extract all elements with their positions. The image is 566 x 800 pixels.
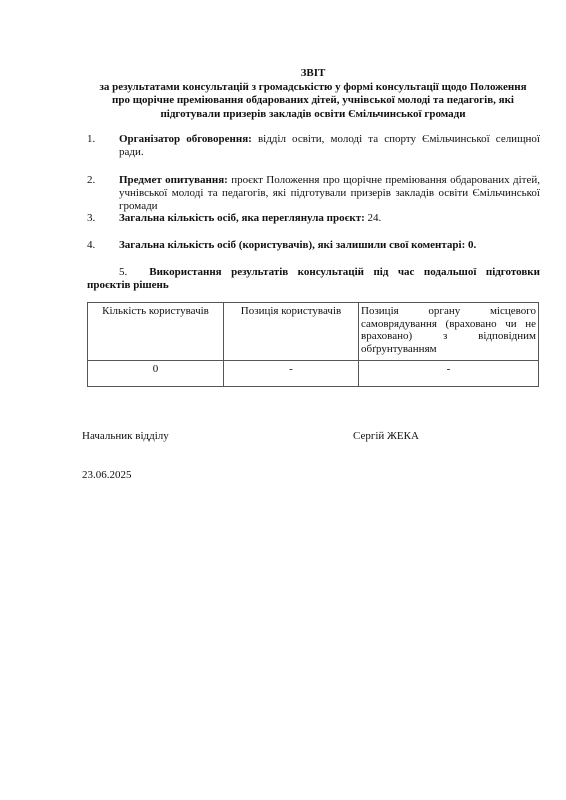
report-subtitle-line-2: про щорічне преміювання обдарованих діте… [82,94,544,108]
list-item-results-usage: 5.Використання результатів консультацій … [87,266,540,292]
list-item-number: 1. [87,133,95,146]
report-header: ЗВІТ за результатами консультацій з гром… [82,67,544,121]
table-header-users-count: Кількість користувачів [88,303,224,361]
signatory-role: Начальник відділу [82,430,169,443]
table-cell-authority-position: - [359,361,539,387]
report-subtitle-line-3: підготували призерів закладів освіти Ємі… [82,108,544,122]
document-page: ЗВІТ за результатами консультацій з гром… [0,0,566,800]
list-item-viewers-count: 3. Загальна кількість осіб, яка переглян… [87,212,540,225]
table-header-row: Кількість користувачів Позиція користува… [88,303,539,361]
table-cell-users-count: 0 [88,361,224,387]
list-item-label: Організатор обговорення: [119,133,252,145]
list-item-number: 5. [119,266,127,278]
report-title: ЗВІТ [82,67,544,81]
consultation-results-table: Кількість користувачів Позиція користува… [87,302,539,387]
list-item-number: 3. [87,212,95,225]
table-header-authority-position: Позиція органу місцевого самоврядування … [359,303,539,361]
list-item-label: Загальна кількість осіб (користувачів), … [119,239,476,251]
signatory-name: Сергій ЖЕКА [353,430,419,443]
list-item-label: Загальна кількість осіб, яка переглянула… [119,212,365,224]
table-cell-users-position: - [224,361,359,387]
table-header-users-position: Позиція користувачів [224,303,359,361]
list-item-organizer: 1. Організатор обговорення: відділ освіт… [87,133,540,159]
list-item-label: Використання результатів консультацій пі… [87,266,540,291]
document-date: 23.06.2025 [82,469,132,482]
list-item-number: 2. [87,174,95,187]
table-row: 0 - - [88,361,539,387]
list-item-commenters-count: 4. Загальна кількість осіб (користувачів… [87,239,540,252]
list-item-subject: 2. Предмет опитування: проєкт Положення … [87,174,540,213]
list-item-label: Предмет опитування: [119,174,228,186]
list-item-number: 4. [87,239,95,252]
report-subtitle-line-1: за результатами консультацій з громадськ… [82,81,544,95]
list-item-text: 24. [365,212,382,224]
